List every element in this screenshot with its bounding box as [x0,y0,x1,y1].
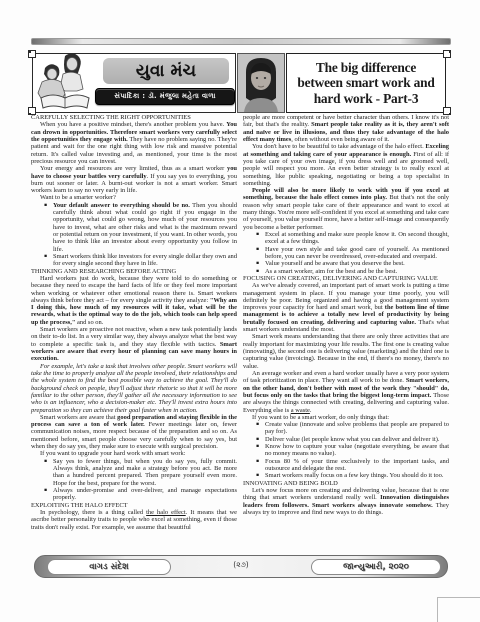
text-segment: a waste [291,407,310,414]
paragraph: people are more competent or have better… [243,114,449,143]
issue-date: જાન્યુઆરી, ૨૦૨૦ [343,562,409,572]
text-segment: Have your own style and take good care o… [265,246,449,260]
magazine-page: { "header": { "masthead_title": "યુવા મં… [0,0,480,622]
bullet-icon: ▪ [256,458,265,473]
text-segment: Focus 80 % of your time exclusively to t… [265,458,449,472]
paragraph: Your energy and resources are very limit… [31,165,237,194]
section-heading: FOCUSING ON CREATING, DELIVERING AND CAP… [243,275,449,282]
text-segment: Value yourself and be aware that you des… [265,260,405,267]
bullet-icon: ▪ [256,436,265,443]
bullet-icon: ▪ [44,458,53,487]
bullet-item: ▪Know how to capture your value (negotia… [243,443,449,458]
bullet-item: ▪Deliver value (let people know what you… [243,436,449,443]
paragraph: If you want to upgrade your hard work wi… [31,450,237,457]
text-segment: Your default answer to everything should… [53,202,190,209]
text-segment: Smart work means understanding that ther… [243,333,449,369]
paragraph: Smart work means understanding that ther… [243,333,449,370]
section-heading: THINKING AND RESEARCHING BEFORE ACTING [31,268,237,275]
article-column-left: CAREFULLY SELECTING THE RIGHT OPPORTUNIT… [31,114,237,531]
bullet-icon: ▪ [256,443,265,458]
section-heading: EXPLOITING THE HALO EFFECT [31,502,237,509]
bullet-item: ▪Value yourself and be aware that you de… [243,260,449,267]
bullet-icon: ▪ [44,253,53,268]
paragraph: If you want to be a smart worker, do onl… [243,414,449,421]
bullet-item: ▪Smart workers think like investors for … [31,253,237,268]
text-segment: Deliver value (let people know what you … [265,436,439,443]
bullet-item: ▪Create value (innovate and solve proble… [243,421,449,436]
text-segment: Always under-promise and over-deliver, a… [53,487,237,501]
text-segment: . [310,407,312,414]
bullet-icon: ▪ [44,487,53,502]
paragraph: Smart workers are proactive not reactive… [31,326,237,363]
text-segment: You don't have to be beautiful to take a… [252,143,425,150]
bullet-icon: ▪ [256,472,265,479]
section-heading: CAREFULLY SELECTING THE RIGHT OPPORTUNIT… [31,114,237,121]
paragraph: Want to be a smarter worker? [31,194,237,201]
article-title: The big difference between smart work an… [297,60,434,107]
text-segment: When you have a positive mindset, there'… [40,121,226,128]
corner-ornament-icon [443,50,451,58]
bullet-item: ▪Smart workers really focus on a few key… [243,472,449,479]
paragraph: In psychology, there is a thing called t… [31,509,237,531]
text-segment: As a smart worker, aim for the best and … [265,268,397,275]
bullet-icon: ▪ [256,268,265,275]
article-column-right: people are more competent or have better… [243,114,449,516]
corner-ornament-icon [28,50,36,58]
paragraph: For example, let's take a task that invo… [31,363,237,414]
paragraph: Let's now focus more on creating and del… [243,487,449,516]
text-segment: Smart workers think like investors for e… [53,253,237,267]
text-segment: EXPLOITING THE HALO EFFECT [31,502,128,509]
section-heading: INNOVATING AND BEING BOLD [243,480,449,487]
people-reading-illustration [35,50,97,114]
text-segment: , often without even being aware of it. [291,136,389,143]
author-photo [237,53,285,113]
text-segment: Excel at something and make sure people … [265,231,449,245]
text-segment: FOCUSING ON CREATING, DELIVERING AND CAP… [243,275,438,282]
text-segment: If you want to be a smart worker, do onl… [252,414,389,421]
text-segment: and so on. [75,319,103,326]
top-divider-rule [31,38,451,45]
text-segment: Then you should carefully think about wh… [53,202,237,253]
bullet-item: ▪Your default answer to everything shoul… [31,202,237,253]
text-segment: CAREFULLY SELECTING THE RIGHT OPPORTUNIT… [31,114,191,121]
bullet-item: ▪Say yes to fewer things, but when you d… [31,458,237,487]
masthead-title: યુવા મંચ [103,58,229,84]
paragraph: An average worker and even a hard worker… [243,370,449,414]
article-title-box: The big difference between smart work an… [286,53,446,113]
text-segment: Smart workers are proactive not reactive… [31,326,237,348]
text-segment: the halo effect [146,509,186,516]
bullet-item: ▪Excel at something and make sure people… [243,231,449,246]
text-segment: Your energy and resources are very limit… [40,165,227,172]
footer-bar: વાગડ સંદેશ (૨૭) જાન્યુઆરી, ૨૦૨૦ [34,555,448,578]
bullet-item: ▪Focus 80 % of your time exclusively to … [243,458,449,473]
paragraph: When you have a positive mindset, there'… [31,121,237,165]
text-segment: If you want to upgrade your hard work wi… [40,450,186,457]
bullet-icon: ▪ [256,231,265,246]
text-segment: Want to be a smarter worker? [40,194,116,201]
bullet-icon: ▪ [256,260,265,267]
paragraph: Smart workers are aware that good prepar… [31,414,237,451]
bullet-item: ▪Have your own style and take good care … [243,246,449,261]
bullet-item: ▪Always under-promise and over-deliver, … [31,487,237,502]
text-segment: For example, let's take a task that invo… [31,363,237,414]
scan-corner-mark [437,597,480,622]
text-segment: In psychology, there is a thing called [40,509,146,516]
bullet-icon: ▪ [256,246,265,261]
editor-banner: સંપાદિકા : ડૉ. મંજુલા મહેતા વાળા [95,88,235,105]
text-segment: THINKING AND RESEARCHING BEFORE ACTING [31,268,176,275]
text-segment: Smart workers are aware that [40,414,117,421]
text-segment: Create value (innovate and solve problem… [265,421,449,435]
issue-date-pill: જાન્યુઆરી, ૨૦૨૦ [311,559,441,575]
text-segment: Say yes to fewer things, but when you do… [53,458,237,487]
paragraph: People will also be more likely to work … [243,187,449,231]
paragraph: You don't have to be beautiful to take a… [243,143,449,187]
text-segment: INNOVATING AND BEING BOLD [243,480,338,487]
paragraph: Hard workers just do work, because they … [31,275,237,326]
bullet-icon: ▪ [44,202,53,253]
bullet-item: ▪As a smart worker, aim for the best and… [243,268,449,275]
text-segment: Know how to capture your value (negotiat… [265,443,449,457]
text-segment: Smart workers really focus on a few key … [265,472,443,479]
masthead-box: યુવા મંચ સંપાદિકા : ડૉ. મંજુલા મહેતા વાળ… [32,53,236,113]
text-segment: Hard workers just do work, because they … [31,275,237,304]
bullet-icon: ▪ [256,421,265,436]
author-portrait-image [238,54,284,112]
paragraph: As we've already covered, an important p… [243,282,449,333]
